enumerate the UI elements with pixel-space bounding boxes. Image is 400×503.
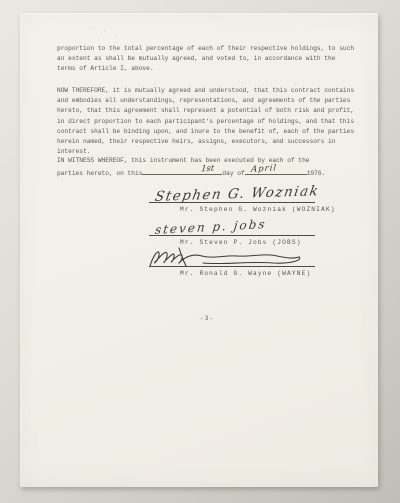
typed-name-wozniak: Mr. Stephen G. Wozniak (WOZNIAK) [180,205,400,215]
handwritten-month: April [250,163,277,175]
typed-name-wayne: Mr. Ronald G. Wayne (WAYNE) [180,269,400,279]
page-number: -3- [57,315,357,322]
signature-block-jobs: steven p. jobs Mr. Steven P. Jobs (JOBS) [143,235,315,236]
body-paragraph-holdings: proportion to the total percentage of ea… [57,44,357,75]
paper-specks [90,28,91,29]
witness-year: 1976. [307,170,326,177]
witness-line2-prefix: parties hereto, on this [57,170,142,177]
handwritten-day: 1st [201,163,215,174]
witness-clause-line2: parties hereto, on this1stday ofApril197… [57,166,357,179]
body-paragraph-now-therefore: NOW THEREFORE, it is mutually agreed and… [57,86,357,157]
signature-block-wayne: Mr. Ronald G. Wayne (WAYNE) [143,266,315,267]
month-blank-line: April [245,166,307,175]
signature-block-wozniak: Stephen G. Wozniak Mr. Stephen G. Woznia… [143,202,315,203]
contract-page: proportion to the total percentage of ea… [20,13,378,487]
signature-script-wayne [145,247,305,271]
day-blank-line: 1st [142,166,222,175]
photo-background: proportion to the total percentage of ea… [0,0,400,503]
signature-script-jobs: steven p. jobs [154,217,267,237]
witness-connector: day of [222,170,244,177]
